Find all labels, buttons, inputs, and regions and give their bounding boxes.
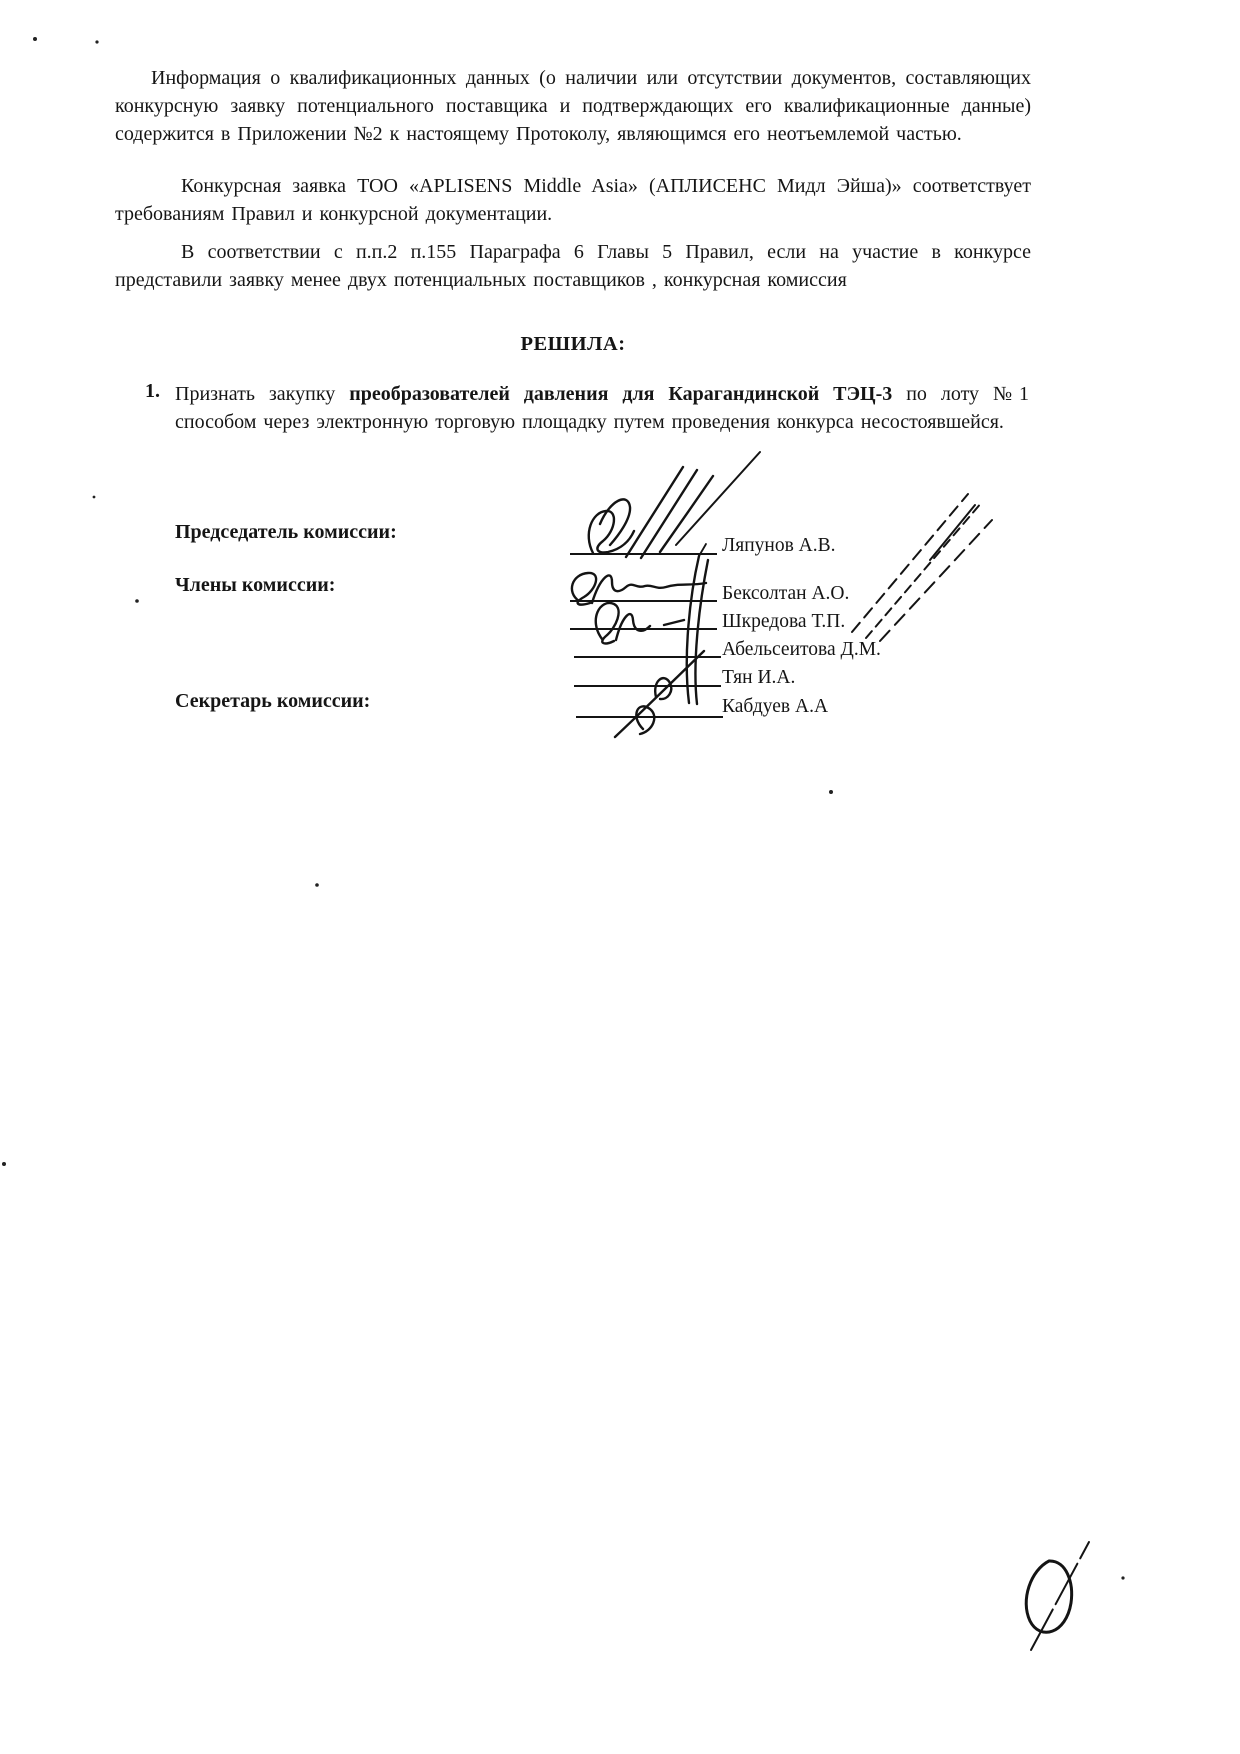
paragraph-bid-compliance: Конкурсная заявка ТОО «APLISENS Middle A… (115, 172, 1031, 228)
secretary-name: Кабдуев А.А (722, 696, 828, 718)
signature-line-member-4 (574, 685, 721, 687)
decision-heading: РЕШИЛА: (115, 333, 1031, 356)
decision-lead: Признать закупку (175, 383, 349, 405)
member-name-4: Тян И.А. (722, 667, 795, 689)
bottom-paraph-mark (1026, 1542, 1089, 1650)
member-3-4-signature-scribble (655, 544, 708, 704)
secretary-label: Секретарь комиссии: (175, 690, 370, 713)
paragraph-rules-reference: В соответствии с п.п.2 п.155 Параграфа 6… (115, 238, 1031, 294)
paragraph-qualification-info: Информация о квалификационных данных (о … (115, 64, 1031, 148)
member-2-signature-scribble (596, 603, 684, 643)
chairman-label: Председатель комиссии: (175, 521, 397, 544)
secretary-signature-scribble (615, 651, 704, 737)
members-label: Члены комиссии: (175, 574, 335, 597)
right-margin-flourish (852, 494, 992, 641)
chairman-name: Ляпунов А.В. (722, 535, 836, 557)
signature-line-member-2 (570, 628, 717, 630)
member-name-1: Бексолтан А.О. (722, 583, 849, 605)
decision-emphasis: преобразователей давления для Карагандин… (349, 383, 892, 405)
signature-line-member-1 (570, 600, 717, 602)
decision-item-number: 1. (145, 380, 160, 403)
scanned-protocol-page: Информация о квалификационных данных (о … (0, 0, 1240, 1754)
signature-line-chairman (570, 553, 717, 555)
decision-item-1: 1. Признать закупку преобразователей дав… (145, 380, 1029, 436)
signature-line-secretary (576, 716, 723, 718)
member-name-3: Абельсеитова Д.М. (722, 639, 881, 661)
decision-item-text: Признать закупку преобразователей давлен… (175, 380, 1029, 436)
signature-line-member-3 (574, 656, 721, 658)
member-name-2: Шкредова Т.П. (722, 611, 845, 633)
